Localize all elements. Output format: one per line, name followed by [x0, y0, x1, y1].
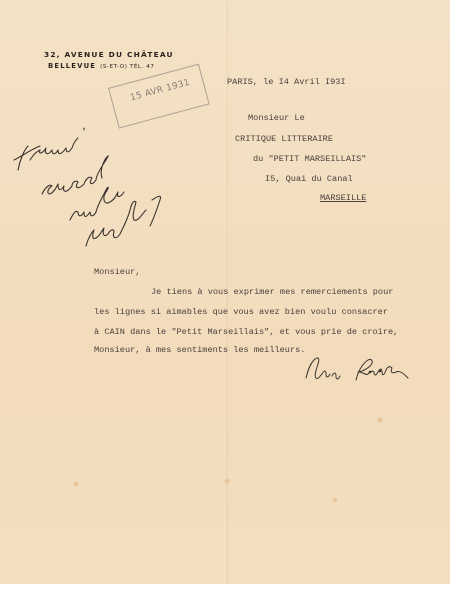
body-line-1: Je tiens à vous exprimer mes remerciemen… [151, 287, 393, 297]
recipient-line-4: I5, Quai du Canal [265, 174, 353, 184]
letter-date: PARIS, le I4 Avril I93I [227, 77, 346, 87]
body-line-4: Monsieur, à mes sentiments les meilleurs… [94, 345, 305, 355]
salutation: Monsieur, [94, 267, 140, 277]
body-line-2: les lignes si aimables que vous avez bie… [94, 307, 388, 317]
letter-page: 32, AVENUE DU CHÂTEAU BELLEVUE(S-ET-O) T… [0, 0, 450, 584]
recipient-city: MARSEILLE [320, 193, 366, 203]
recipient-line-3: du "PETIT MARSEILLAIS" [253, 154, 366, 164]
recipient-line-1: Monsieur Le [248, 113, 305, 123]
recipient-line-2: CRITIQUE LITTERAIRE [235, 134, 333, 144]
body-line-3: à CAIN dans le "Petit Marseillais", et v… [94, 327, 398, 337]
